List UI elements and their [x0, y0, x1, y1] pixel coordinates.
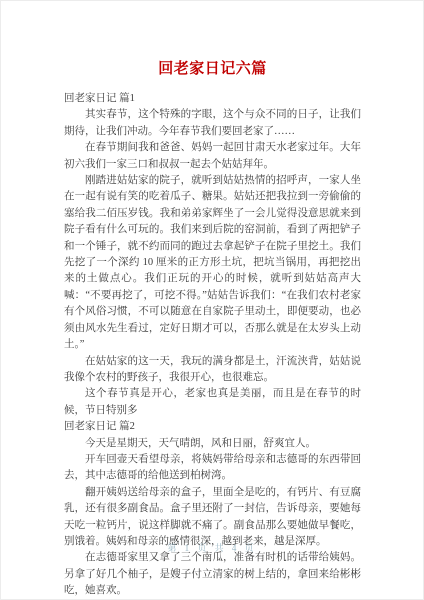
paragraph: 在志德哥家里又拿了三个南瓜，准备有时机的话带给姨妈。另拿了好几个柚子，是嫂子付立…: [64, 550, 361, 599]
paragraph: 开车回壶天看望母亲，将姨妈带给母亲和志德哥的东西带回去，其中志德哥的给他送到柏树…: [64, 452, 361, 485]
paragraph: 今天是星期天，天气晴朗，风和日丽，舒爽宜人。: [64, 436, 361, 452]
section-heading-1: 回老家日记 篇1: [64, 91, 361, 107]
page-number-text: 第 1 页 共 4 页: [167, 543, 256, 553]
document-page: 回老家日记六篇 回老家日记 篇1 其实春节，这个特殊的字眼，这个与众不同的日子，…: [0, 0, 424, 600]
document-body: 回老家日记六篇 回老家日记 篇1 其实春节，这个特殊的字眼，这个与众不同的日子，…: [1, 1, 423, 600]
paragraph: 其实春节，这个特殊的字眼，这个与众不同的日子，让我们期待，让我们冲动。今年春节我…: [64, 107, 361, 140]
paragraph: 刚踏进姑姑家的院子，就听到姑姑热情的招呼声，一家人坐在一起有说有笑的吃着瓜子、糖…: [64, 173, 361, 353]
paragraph: 在姑姑家的这一天，我玩的满身都是土，汗流浃背，姑姑说我像个农村的野孩子，我很开心…: [64, 354, 361, 387]
document-title: 回老家日记六篇: [64, 57, 361, 78]
section-heading-2: 回老家日记 篇2: [64, 419, 361, 435]
paragraph: 在春节期间我和爸爸、妈妈一起回甘肃天水老家过年。大年初六我们一家三口和叔叔一起去…: [64, 140, 361, 173]
page-footer: 第 1 页 共 4 页: [1, 538, 423, 556]
paragraph: 这个春节真是开心，老家也真是美丽，而且是在春节的时候，节日特别多: [64, 386, 361, 419]
